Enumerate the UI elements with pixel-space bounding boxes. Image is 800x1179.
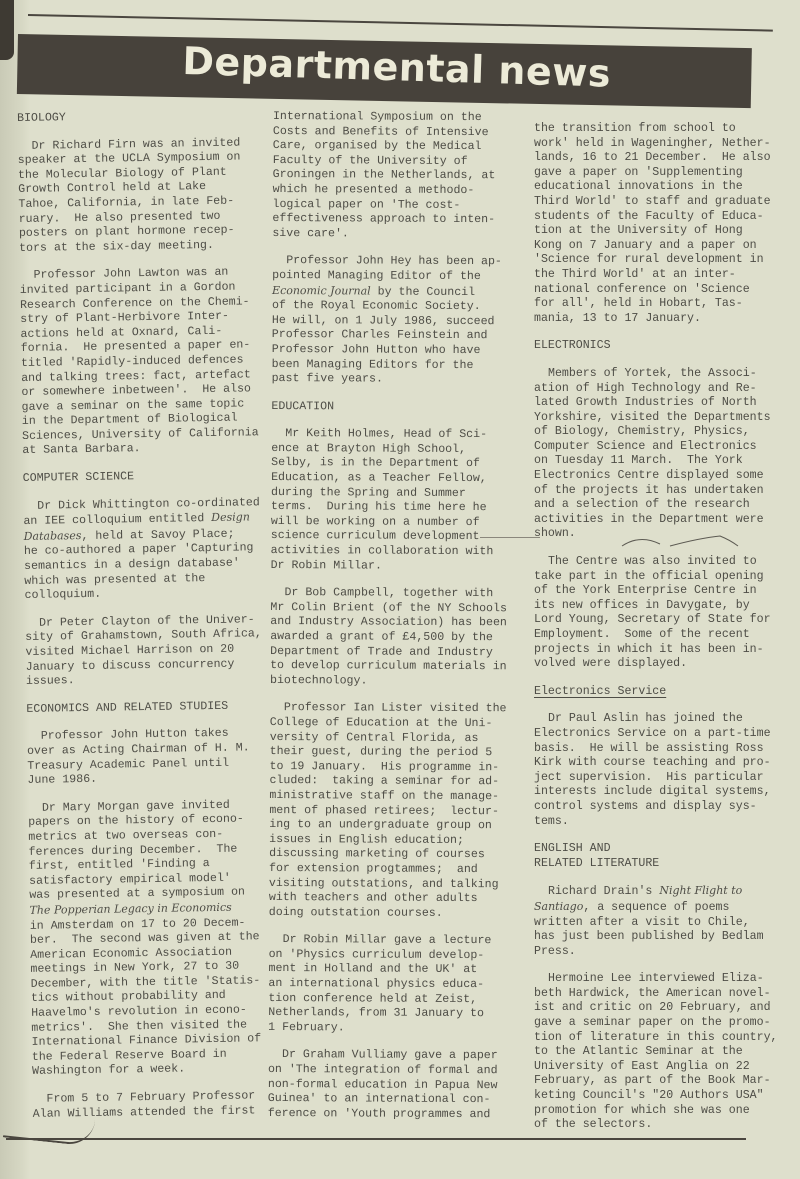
text-line: Mr Colin Brient (of the NY Schools	[270, 601, 507, 617]
text-line: versity of Central Florida, as	[270, 731, 507, 747]
text-line: Groningen in the Netherlands, at	[273, 168, 510, 184]
text-line: will be working on a number of	[271, 515, 508, 531]
text-line: an international physics educa-	[268, 977, 505, 993]
text-line: national conference on 'Science	[534, 283, 778, 298]
italic-title: Economic Journal	[272, 284, 371, 298]
text-line: projects in which it has been in-	[534, 643, 778, 658]
text-line: Mr Keith Holmes, Head of Sci-	[271, 427, 508, 443]
news-item: Dr Mary Morgan gave invitedpapers on the…	[28, 798, 269, 1080]
news-item: Professor Ian Lister visited theCollege …	[269, 701, 507, 921]
news-item: Dr Robin Millar gave a lectureon 'Physic…	[268, 933, 505, 1036]
text-line: students of the Faculty of Educa-	[534, 210, 778, 225]
text-line: interests include digital systems,	[534, 785, 778, 800]
text-line: Members of Yortek, the Associ-	[534, 367, 778, 382]
column-2: International Symposium on theCosts and …	[268, 110, 510, 1136]
top-rule	[28, 14, 773, 32]
text-line: cluded: taking a seminar for ad-	[269, 774, 506, 790]
page-title: Departmental news	[182, 39, 612, 96]
text-line: February, as part of the Book Mar-	[534, 1074, 778, 1089]
spine-tab	[0, 0, 14, 60]
text-line: control systems and display sys-	[534, 800, 778, 815]
text-line: basis. He will be assisting Ross	[534, 742, 778, 757]
text-line: lands, 16 to 21 December. He also	[534, 151, 778, 166]
text-line: at Santa Barbara.	[22, 441, 259, 459]
text-line: Education, as a Teacher Fellow,	[271, 471, 508, 487]
text-line: activities in collaboration with	[271, 544, 508, 560]
news-item: Dr Richard Firn was an invitedspeaker at…	[17, 136, 255, 256]
text-line: Santiago, a sequence of poems	[534, 900, 778, 916]
text-line: the Third World' at an inter-	[534, 268, 778, 283]
text-line: doing outstation courses.	[269, 906, 506, 922]
news-item: Mr Keith Holmes, Head of Sci-ence at Bra…	[271, 427, 508, 574]
text-line: gave a paper on 'Supplementing	[534, 166, 778, 181]
text-line: non-formal education in Papua New	[268, 1078, 505, 1094]
text-line: Faculty of the University of	[273, 154, 510, 170]
text-line: ist and critic on 20 February, and	[534, 1001, 778, 1016]
text-line: Selby, is in the Department of	[271, 456, 508, 472]
text-line: terms. During his time here he	[271, 500, 508, 516]
text-line: activities in the Department were	[534, 513, 778, 528]
news-item: Dr Graham Vulliamy gave a paperon 'The i…	[268, 1048, 505, 1122]
section-heading: COMPUTER SCIENCE	[23, 468, 260, 486]
text-line: beth Hardwick, the American novel-	[534, 987, 778, 1002]
text-line: Electronics Centre displayed some	[534, 469, 778, 484]
text-line: ment in Holland and the UK' at	[268, 962, 505, 978]
section-heading: Electronics Service	[534, 685, 778, 700]
section-heading: ECONOMICS AND RELATED STUDIES	[26, 699, 263, 717]
text-line: Lord Young, Secretary of State for	[534, 613, 778, 628]
text-line: Care, organised by the Medical	[273, 139, 510, 155]
text-line: Dr Graham Vulliamy gave a paper	[268, 1048, 505, 1064]
text-line: colloquium.	[24, 585, 261, 603]
text-line: tion of literature in this country,	[534, 1031, 778, 1046]
text-line: ation of High Technology and Re-	[534, 382, 778, 397]
text-line: sive care'.	[272, 227, 509, 243]
text-line: effectiveness approach to inten-	[272, 212, 509, 228]
text-line: visiting outstations, and talking	[269, 876, 506, 892]
text-line: to develop curriculum materials in	[270, 659, 507, 675]
text-line: written after a visit to Chile,	[534, 916, 778, 931]
text-line: College of Education at the Uni-	[270, 716, 507, 732]
text-line: Dr Bob Campbell, together with	[270, 586, 507, 602]
text-line: ference on 'Youth programmes and	[268, 1107, 505, 1123]
news-item: Richard Drain's Night Flight toSantiago,…	[534, 884, 778, 959]
text-line: for all', held in Hobart, Tas-	[534, 297, 778, 312]
text-line: tion conference held at Zeist,	[268, 992, 505, 1008]
text-line: science curriculum development	[271, 529, 508, 545]
text-line: Professor Ian Lister visited the	[270, 701, 507, 717]
text-line: ministrative staff on the manage-	[269, 789, 506, 805]
text-line: Professor John Hutton who have	[272, 343, 509, 359]
text-line: tion at the University of Hong	[534, 224, 778, 239]
column-3: the transition from school towork' held …	[534, 122, 778, 1146]
text-line: with teachers and other adults	[269, 891, 506, 907]
text-line: 'Science for rural development in	[534, 253, 778, 268]
text-line: past five years.	[272, 372, 509, 388]
text-line: issues.	[26, 671, 263, 689]
text-line: ject supervision. His particular	[534, 771, 778, 786]
text-line: and a selection of the research	[534, 498, 778, 513]
text-line: ment of phased retirees; lectur-	[269, 804, 506, 820]
text-line: to the Atlantic Seminar at the	[534, 1045, 778, 1060]
text-line: of the York Enterprise Centre in	[534, 584, 778, 599]
news-item: Members of Yortek, the Associ-ation of H…	[534, 367, 778, 542]
text-line: 1 February.	[268, 1021, 505, 1037]
text-line: tems.	[534, 815, 778, 830]
text-line: Netherlands, from 31 January to	[268, 1006, 505, 1022]
text-line: during the Spring and Summer	[271, 486, 508, 502]
section-heading: ELECTRONICS	[534, 339, 778, 354]
text-line: on 'The integration of formal and	[268, 1063, 505, 1079]
text-line: mania, 13 to 17 January.	[534, 312, 778, 327]
text-line: Press.	[534, 945, 778, 960]
news-item: the transition from school towork' held …	[534, 122, 778, 326]
text-line: Guinea' to an international con-	[268, 1092, 505, 1108]
text-line: Third World' to staff and graduate	[534, 195, 778, 210]
news-item: International Symposium on theCosts and …	[272, 110, 509, 243]
text-line: Economic Journal by the Council	[272, 284, 509, 301]
text-line: Kirk with course teaching and pro-	[534, 756, 778, 771]
news-item: Professor John Hutton takesover as Actin…	[27, 727, 265, 789]
text-line: International Symposium on the	[273, 110, 510, 126]
text-line: its new offices in Davygate, by	[534, 599, 778, 614]
header-banner: Departmental news	[17, 34, 752, 108]
italic-title: Santiago	[534, 900, 583, 913]
news-item: Hermoine Lee interviewed Eliza-beth Hard…	[534, 972, 778, 1133]
text-line: logical paper on 'The cost-	[272, 198, 509, 214]
text-line: Professor John Hey has been ap-	[272, 254, 509, 270]
text-line: Costs and Benefits of Intensive	[273, 125, 510, 141]
news-item: Dr Dick Whittington co-ordinatedan IEE c…	[23, 496, 261, 604]
news-item: Professor John Lawton was aninvited part…	[19, 266, 259, 459]
text-line: ence at Brayton High School,	[271, 442, 508, 458]
text-line: of the projects it has undertaken	[534, 484, 778, 499]
text-line: Dr Robin Millar.	[271, 559, 508, 575]
text-line: of the selectors.	[534, 1118, 778, 1133]
text-line: Dr Paul Aslin has joined the	[534, 712, 778, 727]
text-line: Dr Robin Millar gave a lecture	[269, 933, 506, 949]
text-line: Kong on 7 January and a paper on	[534, 239, 778, 254]
text-line: issues in English education;	[269, 833, 506, 849]
text-line: keting Council's "20 Authors USA"	[534, 1089, 778, 1104]
text-line: Department of Trade and Industry	[270, 645, 507, 661]
section-heading: BIOLOGY	[17, 108, 254, 126]
text-line: University of East Anglia on 22	[534, 1060, 778, 1075]
pen-stroke-mark	[480, 537, 540, 538]
text-line: discussing marketing of courses	[269, 847, 506, 863]
text-line: for extension progtammes; and	[269, 862, 506, 878]
text-line: Electronics Service on a part-time	[534, 727, 778, 742]
text-line: He will, on 1 July 1986, succeed	[272, 314, 509, 330]
text-line: the transition from school to	[534, 122, 778, 137]
text-line: Employment. Some of the recent	[534, 628, 778, 643]
section-heading: EDUCATION	[271, 400, 508, 416]
text-line: has just been published by Bedlam	[534, 930, 778, 945]
text-line: awarded a grant of £4,500 by the	[270, 630, 507, 646]
text-line: their guest, during the period 5	[270, 745, 507, 761]
bottom-rule	[6, 1138, 746, 1140]
text-line: Hermoine Lee interviewed Eliza-	[534, 972, 778, 987]
text-line: volved were displayed.	[534, 657, 778, 672]
text-line: lated Growth Industries of North	[534, 396, 778, 411]
text-line: take part in the official opening	[534, 570, 778, 585]
text-line: ing to an undergraduate group on	[269, 818, 506, 834]
italic-title: The Popperian Legacy in Economics	[29, 901, 231, 917]
text-line: Yorkshire, visited the Departments	[534, 411, 778, 426]
text-line: tors at the six-day meeting.	[19, 238, 256, 256]
text-line: of the Royal Economic Society.	[272, 299, 509, 315]
text-line: Computer Science and Electronics	[534, 440, 778, 455]
news-item: Dr Bob Campbell, together withMr Colin B…	[270, 586, 507, 689]
text-line: pointed Managing Editor of the	[272, 269, 509, 285]
italic-title: Databases	[24, 529, 82, 543]
text-line: Richard Drain's Night Flight to	[534, 884, 778, 900]
news-item: Dr Paul Aslin has joined theElectronics …	[534, 712, 778, 829]
text-line: educational innovations in the	[534, 180, 778, 195]
column-1: BIOLOGYDr Richard Firn was an invitedspe…	[17, 108, 270, 1135]
news-item: The Centre was also invited totake part …	[534, 555, 778, 672]
text-line: Professor Charles Feinstein and	[272, 328, 509, 344]
news-item: Professor John Hey has been ap-pointed M…	[272, 254, 509, 388]
text-line: which he presented a methodo-	[273, 183, 510, 199]
text-line: promotion for which she was one	[534, 1104, 778, 1119]
italic-title: Design	[211, 511, 250, 525]
text-line: Washington for a week.	[32, 1062, 269, 1080]
italic-title: Night Flight to	[659, 884, 742, 897]
text-line: on 'Physics curriculum develop-	[269, 948, 506, 964]
text-line: June 1986.	[27, 770, 264, 788]
text-line: to 19 January. His programme in-	[270, 760, 507, 776]
news-item: Dr Peter Clayton of the Univer-sity of G…	[25, 613, 263, 690]
section-heading: ENGLISH ANDRELATED LITERATURE	[534, 842, 778, 871]
text-line: biotechnology.	[270, 674, 507, 690]
pen-scribble-mark	[620, 532, 740, 548]
text-line: and Industry Association) has been	[270, 615, 507, 631]
text-line: work' held in Wageningher, Nether-	[534, 137, 778, 152]
text-line: The Centre was also invited to	[534, 555, 778, 570]
text-line: been Managing Editors for the	[272, 357, 509, 373]
text-line: of Biology, Chemistry, Physics,	[534, 425, 778, 440]
text-line: on Tuesday 11 March. The York	[534, 454, 778, 469]
text-line: gave a seminar paper on the promo-	[534, 1016, 778, 1031]
